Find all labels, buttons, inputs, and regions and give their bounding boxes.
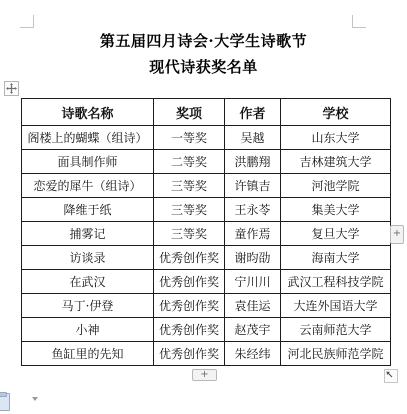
document-title: 第五届四月诗会·大学生诗歌节 现代诗获奖名单 [0, 28, 407, 80]
table-cell[interactable]: 武汉工程科技学院 [281, 270, 391, 294]
table-row: 降维于纸三等奖王永苓集美大学 [22, 198, 391, 222]
paste-dropdown-arrow-icon[interactable] [32, 397, 38, 401]
header-poem-title[interactable]: 诗歌名称 [22, 99, 154, 126]
table-cell[interactable]: 大连外国语大学 [281, 294, 391, 318]
document-title-line2: 现代诗获奖名单 [0, 54, 407, 80]
table-cell[interactable]: 马丁·伊登 [22, 294, 154, 318]
table-cell[interactable]: 袁佳运 [225, 294, 281, 318]
add-column-button[interactable]: + [390, 225, 404, 244]
table-row: 鱼缸里的先知优秀创作奖朱经纬河北民族师范学院 [22, 342, 391, 366]
table-cell[interactable]: 复旦大学 [281, 222, 391, 246]
table-cell[interactable]: 山东大学 [281, 126, 391, 150]
table-cell[interactable]: 三等奖 [154, 174, 225, 198]
table-cell[interactable]: 吴越 [225, 126, 281, 150]
table-cell[interactable]: 恋爱的犀牛（组诗） [22, 174, 154, 198]
table-row: 访谈录优秀创作奖谢昀劭海南大学 [22, 246, 391, 270]
table-cell[interactable]: 在武汉 [22, 270, 154, 294]
table-row: 阁楼上的蝴蝶（组诗）一等奖吴越山东大学 [22, 126, 391, 150]
paste-options-icon[interactable] [0, 393, 10, 411]
table-cell[interactable]: 宁川川 [225, 270, 281, 294]
table-row: 恋爱的犀牛（组诗）三等奖许镇吉河池学院 [22, 174, 391, 198]
header-author[interactable]: 作者 [225, 99, 281, 126]
table-cell[interactable]: 优秀创作奖 [154, 318, 225, 342]
table-row: 小神优秀创作奖赵茂宇云南师范大学 [22, 318, 391, 342]
table-cell[interactable]: 鱼缸里的先知 [22, 342, 154, 366]
table-cell[interactable]: 访谈录 [22, 246, 154, 270]
table-cell[interactable]: 优秀创作奖 [154, 342, 225, 366]
table-cell[interactable]: 吉林建筑大学 [281, 150, 391, 174]
margin-crop-mark-right-icon [352, 15, 366, 28]
paste-clip-icon [0, 392, 7, 397]
header-award[interactable]: 奖项 [154, 99, 225, 126]
margin-crop-mark-left-icon [20, 15, 34, 28]
table-cell[interactable]: 赵茂宇 [225, 318, 281, 342]
table-cell[interactable]: 一等奖 [154, 126, 225, 150]
table-cell[interactable]: 小神 [22, 318, 154, 342]
table-cell[interactable]: 优秀创作奖 [154, 270, 225, 294]
table-cell[interactable]: 二等奖 [154, 150, 225, 174]
resize-arrow-icon [386, 371, 394, 379]
add-row-button[interactable]: + [192, 369, 217, 381]
table-cell[interactable]: 云南师范大学 [281, 318, 391, 342]
table-cell[interactable]: 三等奖 [154, 222, 225, 246]
table-cell[interactable]: 集美大学 [281, 198, 391, 222]
table-cell[interactable]: 王永苓 [225, 198, 281, 222]
document-page: 第五届四月诗会·大学生诗歌节 现代诗获奖名单 诗歌名称 奖项 作者 [0, 0, 407, 414]
table-cell[interactable]: 河北民族师范学院 [281, 342, 391, 366]
table-cell[interactable]: 降维于纸 [22, 198, 154, 222]
table-cell[interactable]: 阁楼上的蝴蝶（组诗） [22, 126, 154, 150]
table-row: 面具制作师二等奖洪鹏翔吉林建筑大学 [22, 150, 391, 174]
table-cell[interactable]: 面具制作师 [22, 150, 154, 174]
award-table: 诗歌名称 奖项 作者 学校 阁楼上的蝴蝶（组诗）一等奖吴越山东大学面具制作师二等… [21, 98, 391, 366]
table-resize-handle[interactable] [384, 369, 398, 383]
document-title-line1: 第五届四月诗会·大学生诗歌节 [0, 28, 407, 54]
table-cell[interactable]: 童作焉 [225, 222, 281, 246]
table-cell[interactable]: 许镇吉 [225, 174, 281, 198]
table-move-handle[interactable] [4, 81, 19, 96]
table-cell[interactable]: 海南大学 [281, 246, 391, 270]
table-row: 在武汉优秀创作奖宁川川武汉工程科技学院 [22, 270, 391, 294]
header-school[interactable]: 学校 [281, 99, 391, 126]
table-row: 马丁·伊登优秀创作奖袁佳运大连外国语大学 [22, 294, 391, 318]
table-cell[interactable]: 洪鹏翔 [225, 150, 281, 174]
table-cell[interactable]: 三等奖 [154, 198, 225, 222]
table-cell[interactable]: 河池学院 [281, 174, 391, 198]
table-cell[interactable]: 优秀创作奖 [154, 246, 225, 270]
table-cell[interactable]: 优秀创作奖 [154, 294, 225, 318]
table-cell[interactable]: 谢昀劭 [225, 246, 281, 270]
table-cell[interactable]: 朱经纬 [225, 342, 281, 366]
table-header-row: 诗歌名称 奖项 作者 学校 [22, 99, 391, 126]
move-cross-icon [6, 83, 17, 94]
table-cell[interactable]: 捕雾记 [22, 222, 154, 246]
table-body: 阁楼上的蝴蝶（组诗）一等奖吴越山东大学面具制作师二等奖洪鹏翔吉林建筑大学恋爱的犀… [22, 126, 391, 366]
table-row: 捕雾记三等奖童作焉复旦大学 [22, 222, 391, 246]
